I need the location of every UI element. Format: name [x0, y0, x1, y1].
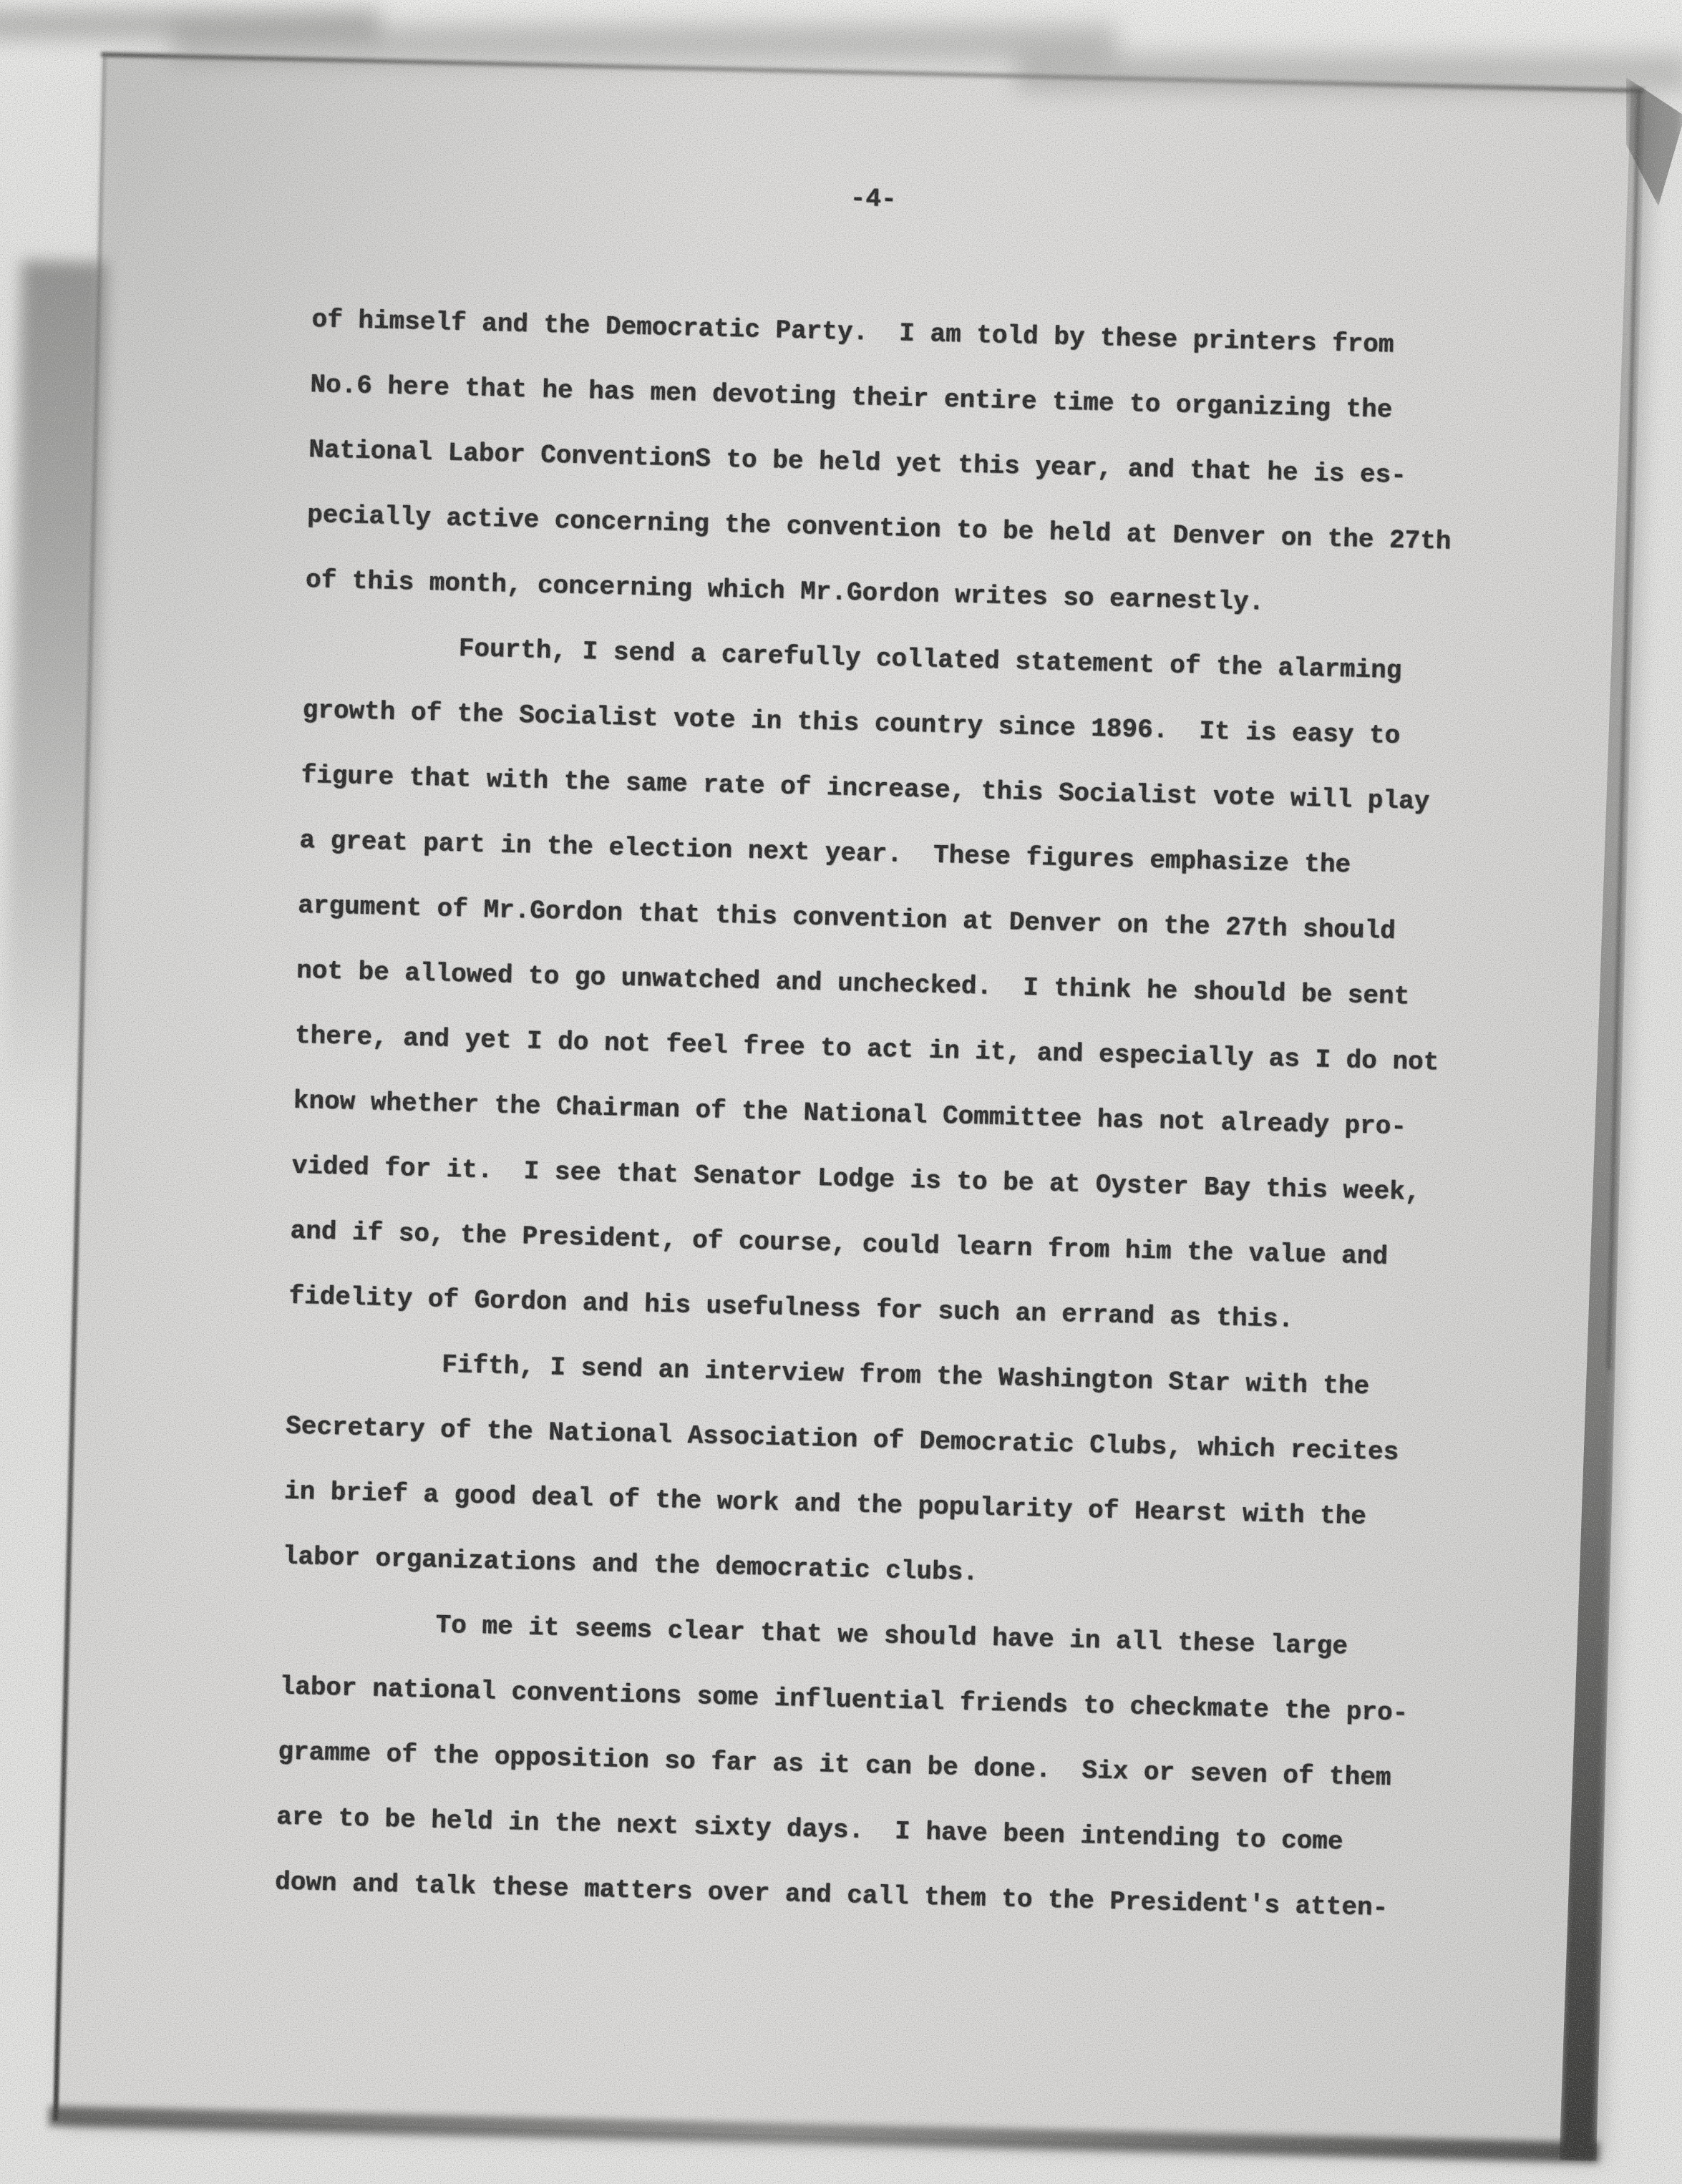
letter-page: -4- of himself and the Democratic Party.… — [54, 54, 1641, 2154]
page-top-edge-line — [101, 52, 1644, 93]
page-number: -4- — [850, 166, 898, 233]
letter-body-text: of himself and the Democratic Party. I a… — [274, 287, 1572, 1944]
scan-shadow-top-center — [172, 24, 1117, 62]
page-right-edge-shadow — [1559, 85, 1645, 2161]
page-left-edge-line — [53, 55, 107, 2120]
scanned-letter-photostat: -4- of himself and the Democratic Party.… — [0, 0, 1682, 2184]
page-right-edge-line — [1607, 90, 1641, 1370]
page-bottom-edge-shadow — [49, 2106, 1599, 2163]
scan-shadow-top-left — [0, 9, 379, 40]
